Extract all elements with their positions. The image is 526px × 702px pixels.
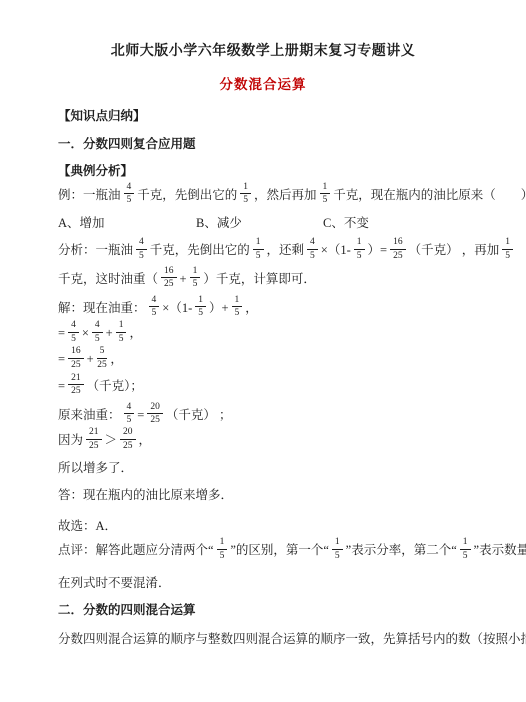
solution-line-1: 解：现在油重：45×（1-15）+15， [58, 296, 490, 320]
text-run: 所以增多了． [58, 461, 133, 475]
fraction: 15 [115, 320, 128, 344]
fraction: 15 [231, 295, 244, 319]
fraction: 1625 [160, 266, 178, 290]
text-run: 千克，先倒出它的 [150, 243, 250, 257]
text-run: = [58, 326, 65, 340]
text-run: ，然后再加 [254, 188, 317, 202]
text-run: ”表示数量， [474, 543, 526, 557]
fraction: 15 [189, 266, 202, 290]
text-run: ×（1- [162, 301, 192, 315]
answer-line: 答：现在瓶内的油比原来增多． [58, 486, 490, 503]
option-a: A、增加 [58, 215, 196, 231]
fraction: 45 [135, 237, 148, 261]
fraction: 2125 [67, 373, 85, 397]
example-analysis-header: 【典例分析】 [58, 162, 490, 179]
text-run: 千克，这时油重（ [58, 272, 158, 286]
solution-step-4: =2125（千克）； [58, 374, 490, 398]
fraction: 45 [306, 237, 319, 261]
comment-line-1: 点评：解答此题应分清两个“15”的区别，第一个“15”表示分率，第二个“15”表… [58, 538, 490, 562]
fraction: 15 [459, 537, 472, 561]
text-run: ， [139, 433, 152, 447]
solution-step-3: =1625+525， [58, 347, 490, 371]
fraction: 45 [67, 320, 80, 344]
text-run: 解：现在油重： [58, 301, 146, 315]
section-1-heading: 一．分数四则复合应用题 [58, 135, 490, 152]
fraction: 45 [148, 295, 161, 319]
content-lines: 【知识点归纳】一．分数四则复合应用题【典例分析】例：一瓶油45千克，先倒出它的1… [0, 107, 526, 647]
fraction: 2025 [146, 402, 164, 426]
original-oil-line: 原来油重：45=2025（千克） ； [58, 403, 490, 427]
text-run: 在列式时不要混淆． [58, 576, 171, 590]
fraction: 15 [252, 237, 265, 261]
example-problem: 例：一瓶油45千克，先倒出它的15，然后再加15千克，现在瓶内的油比原来（ ） [58, 183, 490, 207]
text-run: 分数四则混合运算的顺序与整数四则混合运算的顺序一致，先算括号内的数（按照小括号、… [58, 632, 526, 646]
text-run: × [82, 326, 89, 340]
comparison-line: 因为2125＞2025， [58, 428, 490, 452]
option-c: C、不变 [323, 215, 369, 231]
analysis-line-2: 千克，这时油重（1625+15）千克，计算即可． [58, 267, 490, 291]
knowledge-points-header: 【知识点归纳】 [58, 107, 490, 124]
fraction: 15 [353, 237, 366, 261]
fraction: 45 [123, 402, 136, 426]
option-b: B、减少 [196, 215, 323, 231]
page-subtitle: 分数混合运算 [0, 73, 526, 93]
fraction: 45 [123, 182, 136, 206]
section-2-paragraph: 分数四则混合运算的顺序与整数四则混合运算的顺序一致，先算括号内的数（按照小括号、… [58, 630, 490, 647]
text-run: = [58, 379, 65, 393]
text-run: （千克） ； [166, 408, 232, 422]
text-run: ，还剩 [267, 243, 305, 257]
text-run: = [58, 352, 65, 366]
text-run: = [137, 408, 144, 422]
fraction: 1625 [389, 237, 407, 261]
options-row: A、增加B、减少C、不变 [58, 215, 490, 231]
text-run: （千克） ，再加 [409, 243, 500, 257]
text-run: ）+ [209, 301, 229, 315]
document-page: 北师大版小学六年级数学上册期末复习专题讲义 分数混合运算 【知识点归纳】一．分数… [0, 0, 526, 702]
fraction: 2025 [119, 427, 137, 451]
comment-line-2: 在列式时不要混淆． [58, 574, 490, 591]
text-run: + [106, 326, 113, 340]
text-run: 故选：A． [58, 519, 117, 533]
fraction: 15 [194, 295, 207, 319]
fraction: 1625 [67, 346, 85, 370]
choice-line: 故选：A． [58, 517, 490, 534]
text-run: ”表示分率，第二个“ [346, 543, 457, 557]
text-run: 千克，现在瓶内的油比原来（ ） [333, 188, 526, 202]
analysis-line-1: 分析：一瓶油45千克，先倒出它的15，还剩45×（1-15）=1625（千克） … [58, 238, 490, 262]
text-run: + [87, 352, 94, 366]
text-run: 【知识点归纳】 [58, 109, 146, 123]
text-run: ）千克，计算即可． [203, 272, 316, 286]
text-run: ”的区别，第一个“ [230, 543, 329, 557]
text-run: 例：一瓶油 [58, 188, 121, 202]
text-run: 分析：一瓶油 [58, 243, 133, 257]
fraction: 45 [91, 320, 104, 344]
text-run: 点评：解答此题应分清两个“ [58, 543, 214, 557]
fraction: 15 [501, 237, 514, 261]
fraction: 15 [216, 537, 229, 561]
text-run: ）= [368, 243, 388, 257]
text-run: + [180, 272, 187, 286]
text-run: 【典例分析】 [58, 164, 133, 178]
text-run: ×（1- [321, 243, 351, 257]
text-run: （千克）； [87, 379, 143, 393]
fraction: 525 [96, 346, 109, 370]
text-run: 一．分数四则复合应用题 [58, 137, 196, 151]
fraction: 2125 [85, 427, 103, 451]
section-2-heading: 二．分数的四则混合运算 [58, 601, 490, 618]
text-run: 答：现在瓶内的油比原来增多． [58, 488, 233, 502]
text-run: 千克，先倒出它的 [137, 188, 237, 202]
fraction: 15 [331, 537, 344, 561]
fraction: 15 [239, 182, 252, 206]
text-run: 因为 [58, 433, 83, 447]
text-run: 原来油重： [58, 408, 121, 422]
conclusion-line: 所以增多了． [58, 459, 490, 476]
text-run: ， [110, 352, 123, 366]
solution-step-2: =45×45+15， [58, 321, 490, 345]
text-run: ＞ [105, 433, 118, 447]
text-run: 二．分数的四则混合运算 [58, 603, 196, 617]
text-run: ， [245, 301, 258, 315]
fraction: 15 [319, 182, 332, 206]
text-run: ， [129, 326, 142, 340]
document-header: 北师大版小学六年级数学上册期末复习专题讲义 分数混合运算 [0, 40, 526, 93]
page-title: 北师大版小学六年级数学上册期末复习专题讲义 [0, 40, 526, 60]
